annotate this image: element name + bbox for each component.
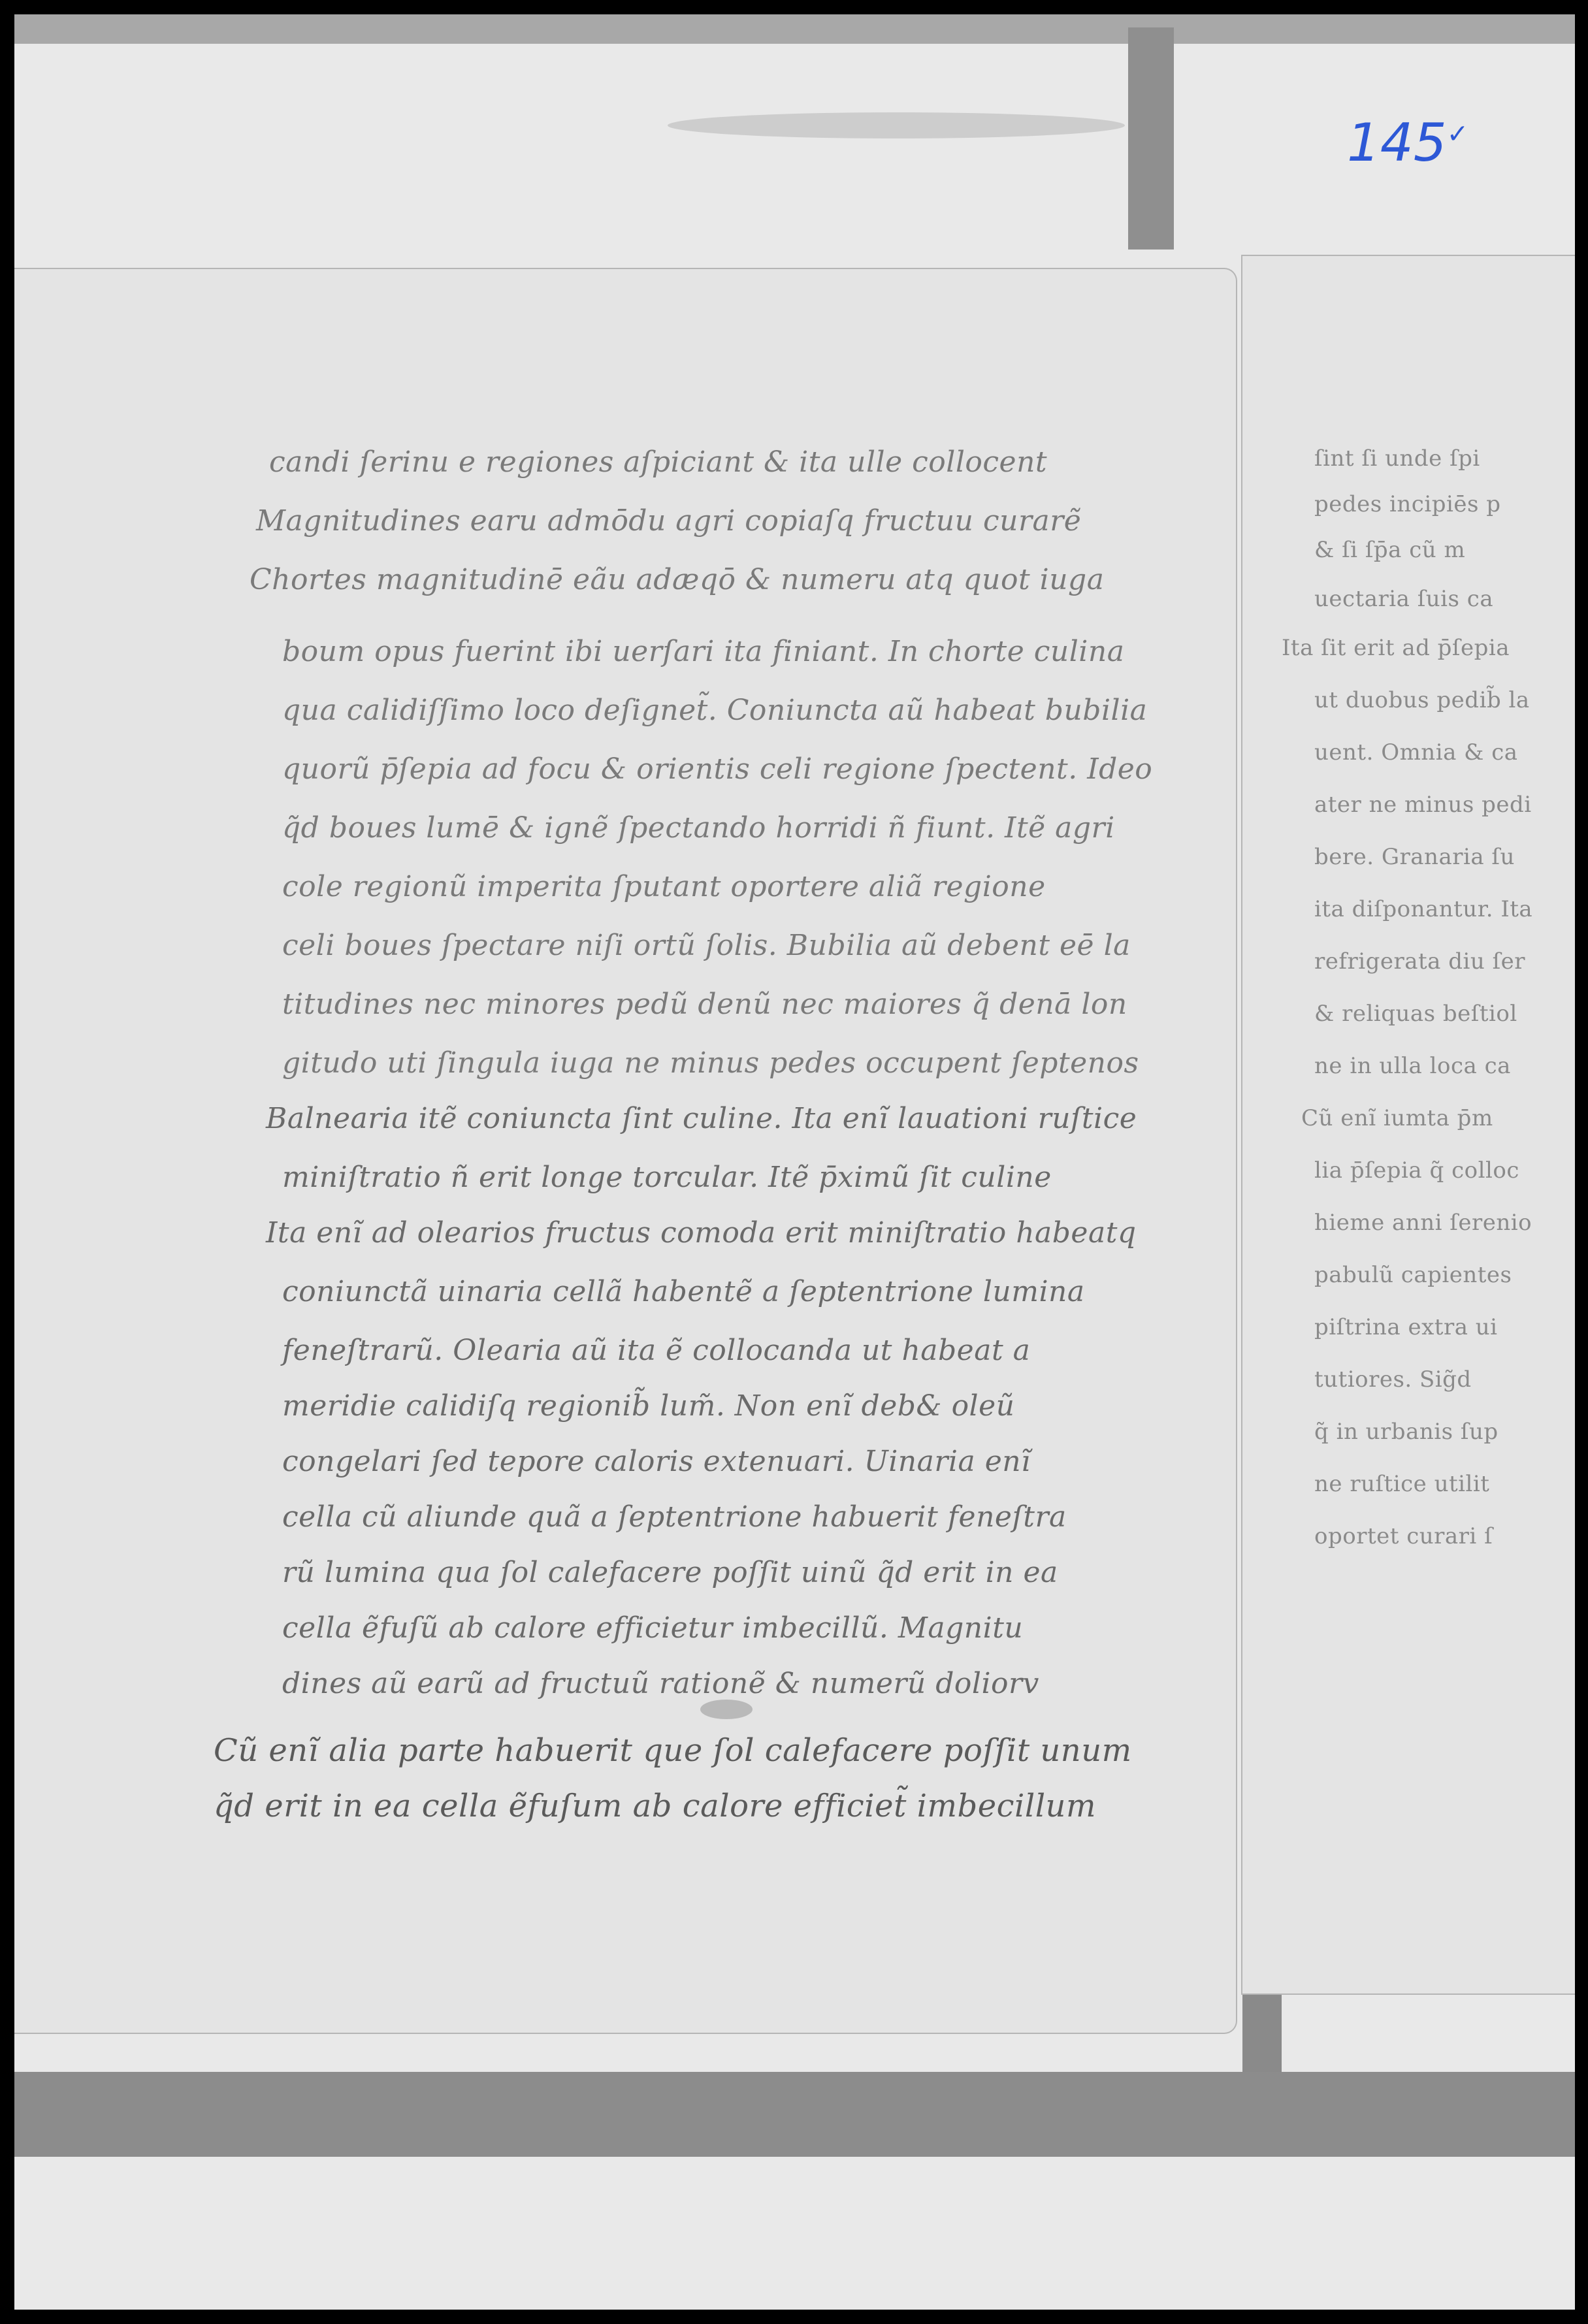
top-shadow-bar <box>14 14 1575 44</box>
side-text-line: bere. Granaria ſu <box>1314 844 1515 870</box>
center-vertical-bar <box>1128 27 1174 250</box>
side-text-line: ſint ſi unde ſpi <box>1314 445 1480 472</box>
addendum-line: Cũ enĩ alia parte habuerit que ſol cal… <box>214 1732 1132 1769</box>
bottom-dark-band <box>14 2072 1575 2157</box>
side-text-line: ne in ulla loca ca <box>1314 1053 1511 1079</box>
side-text-line: ita diſponantur. Ita <box>1314 896 1532 922</box>
addendum-line: q̃d erit in ea cella ẽfuſum ab calore e… <box>214 1788 1096 1824</box>
side-text-line: ater ne minus pedi <box>1314 792 1532 818</box>
side-text-line: refrigerata diu ſer <box>1314 948 1525 975</box>
text-line: feneſtrarũ. Olearia aũ ita ẽ collocan… <box>282 1334 1030 1367</box>
right-manuscript-leaf: ſint ſi unde ſpi pedes incipiēs p & ſi ſ… <box>1242 256 1575 1993</box>
scan-frame: 145✓ candi ſerinu e regiones aſpiciant &… <box>14 14 1575 2310</box>
text-line: celi boues ſpectare niſi ortũ ſolis. Bu… <box>282 929 1131 962</box>
text-line: boum opus fuerint ibi uerſari ita finian… <box>282 635 1124 668</box>
text-line: q̃d boues lumē & ignẽ ſpectando horridi… <box>282 811 1115 845</box>
folio-number-text: 145 <box>1347 112 1447 173</box>
text-line: quorũ p̄ſepia ad focu & orientis celi r… <box>282 752 1152 786</box>
text-line: meridie calidiſq regionib̃ lum̃. Non eni… <box>282 1389 1015 1423</box>
side-text-line: q̃ in urbanis ſup <box>1314 1419 1499 1445</box>
text-line: candi ſerinu e regiones aſpiciant & ita … <box>269 445 1047 479</box>
side-text-line: oportet curari ſ <box>1314 1523 1493 1549</box>
check-mark-icon: ✓ <box>1447 119 1469 149</box>
text-line: rũ lumina qua ſol calefacere poſſit uin… <box>282 1556 1058 1589</box>
text-line: congelari ſed tepore caloris extenuari. … <box>282 1445 1031 1478</box>
ink-blot <box>700 1700 753 1719</box>
side-text-line: uectaria ſuis ca <box>1314 586 1493 612</box>
side-text-line: pabulũ capientes <box>1314 1262 1512 1288</box>
side-text-line: ut duobus pedib̃ la <box>1314 687 1530 713</box>
text-line: Balnearia itẽ coniuncta ſint culine. It… <box>266 1102 1137 1135</box>
side-text-line: & reliquas beſtiol <box>1314 1001 1517 1027</box>
text-line: titudines nec minores pedũ denũ nec ma… <box>282 988 1127 1021</box>
text-line: gitudo uti ſingula iuga ne minus pedes o… <box>282 1046 1139 1080</box>
side-text-line: uent. Omnia & ca <box>1314 739 1518 766</box>
ink-smudge <box>668 112 1125 138</box>
text-line: dines aũ earũ ad fructuũ rationẽ & n… <box>282 1667 1039 1700</box>
side-text-line: lia p̄ſepia q̃ colloc <box>1314 1157 1519 1184</box>
text-line: qua calidiſſimo loco deſignet̃. Coniunct… <box>282 694 1147 727</box>
side-text-line: tutiores. Sig̃d <box>1314 1366 1472 1393</box>
text-line: cella ẽfuſũ ab calore efficietur imbec… <box>282 1611 1023 1645</box>
left-manuscript-leaf: candi ſerinu e regiones aſpiciant & ita … <box>14 269 1236 2033</box>
side-text-line: hieme anni ſerenio <box>1314 1210 1532 1236</box>
text-line: Chortes magnitudinē eãu adæqō & numeru … <box>250 563 1104 596</box>
text-line: Magnitudines earu admōdu agri copiaſq fr… <box>256 504 1081 538</box>
text-line: cole regionũ imperita ſputant oportere … <box>282 870 1046 903</box>
side-text-line: piſtrina extra ui <box>1314 1314 1498 1340</box>
side-text-line: & ſi ſp̄a cũ m <box>1314 537 1465 563</box>
text-line: coniunctã uinaria cellã habentẽ a ſep… <box>282 1275 1085 1308</box>
text-line: miniſtratio ñ erit longe torcular. Itẽ… <box>282 1161 1052 1194</box>
side-text-line: Cũ enĩ iumta p̄m <box>1301 1105 1493 1131</box>
folio-number: 145✓ <box>1347 112 1468 173</box>
side-text-line: ne ruſtice utilit <box>1314 1471 1489 1497</box>
side-text-line: Ita ſit erit ad p̄ſepia <box>1282 635 1510 661</box>
text-line: cella cũ aliunde quã a ſeptentrione ha… <box>282 1500 1067 1534</box>
side-text-line: pedes incipiēs p <box>1314 491 1501 517</box>
text-line: Ita enĩ ad olearios fructus comoda erit… <box>266 1216 1137 1250</box>
